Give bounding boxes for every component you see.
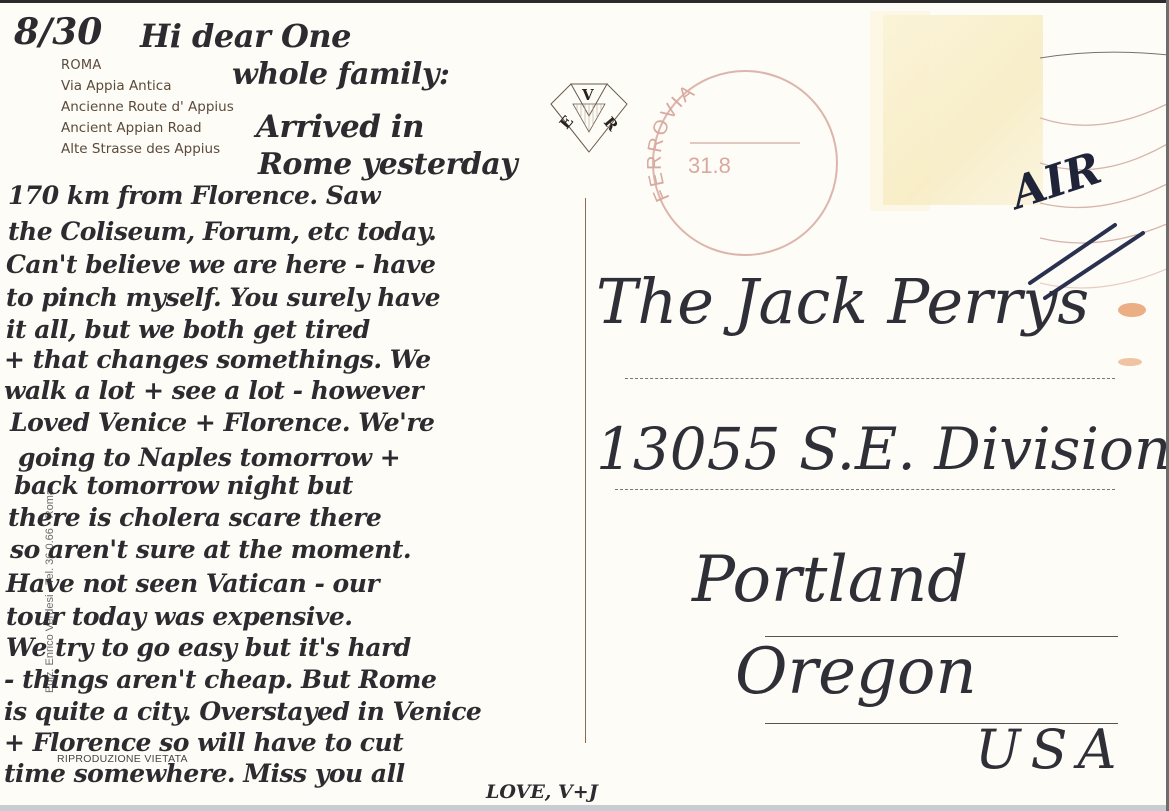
message-line: Hi dear One (140, 17, 351, 55)
message-line: - things aren't cheap. But Rome (4, 665, 436, 694)
address-rule (625, 378, 1115, 379)
message-line: it all, but we both get tired (6, 315, 370, 344)
address-rule (615, 489, 1115, 490)
message-line: Can't believe we are here - have (6, 250, 435, 279)
message-line: whole family: (232, 57, 449, 92)
address-line-city: Portland (692, 543, 968, 617)
message-line: time somewhere. Miss you all (4, 759, 405, 788)
caption-line-italian: Via Appia Antica (61, 76, 234, 97)
printed-caption: ROMA Via Appia Antica Ancienne Route d' … (61, 55, 234, 160)
message-line: is quite a city. Overstayed in Venice (4, 697, 481, 726)
message-line: going to Naples tomorrow + (18, 443, 400, 472)
message-line: the Coliseum, Forum, etc today. (8, 217, 436, 246)
address-line-name: The Jack Perrys (596, 265, 1089, 338)
triangle-logo-icon: V E R (549, 82, 629, 154)
message-line: We try to go easy but it's hard (6, 633, 411, 662)
svg-text:R: R (600, 113, 622, 135)
message-line: + that changes somethings. We (4, 345, 431, 374)
message-line: + Florence so will have to cut (4, 728, 403, 757)
caption-line-english: Ancient Appian Road (61, 118, 234, 139)
message-line: there is cholera scare there (8, 503, 381, 532)
signature: LOVE, V+J (486, 781, 598, 803)
message-line: 170 km from Florence. Saw (8, 181, 380, 210)
message-line: Rome yesterday (258, 147, 517, 182)
message-line: Loved Venice + Florence. We're (10, 408, 434, 437)
caption-line-french: Ancienne Route d' Appius (61, 97, 234, 118)
postmark-date: 31.8 (688, 153, 731, 178)
postmark-icon: 31.8 FERROVIA (630, 58, 860, 258)
handwritten-date: 8/30 (14, 11, 102, 53)
center-divider (585, 198, 586, 743)
address-line-country: USA (975, 718, 1127, 781)
caption-title: ROMA (61, 55, 234, 76)
svg-text:V: V (581, 86, 594, 104)
message-line: walk a lot + see a lot - however (4, 376, 423, 405)
svg-text:E: E (556, 112, 577, 132)
caption-line-german: Alte Strasse des Appius (61, 139, 234, 160)
address-line-state: Oregon (735, 635, 977, 709)
postcard-back: 31.8 FERROVIA ROMA Via Appia Antica Anci… (0, 0, 1166, 805)
message-line: tour today was expensive. (6, 602, 352, 631)
message-line: Arrived in (256, 109, 424, 145)
message-line: back tomorrow night but (14, 471, 353, 500)
message-line: to pinch myself. You surely have (6, 283, 440, 312)
message-line: so aren't sure at the moment. (10, 535, 411, 564)
message-line: Have not seen Vatican - our (6, 569, 379, 598)
address-line-street: 13055 S.E. Division (596, 415, 1166, 483)
stain (1118, 358, 1142, 366)
stain (1118, 303, 1146, 317)
